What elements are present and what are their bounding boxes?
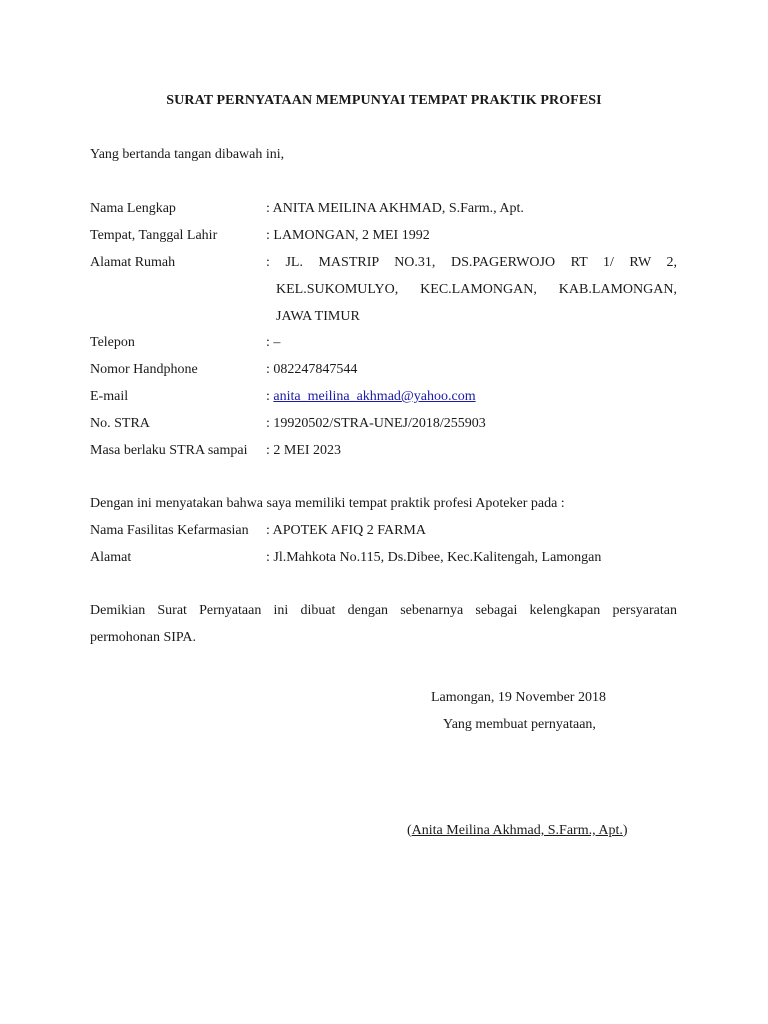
document-page: SURAT PERNYATAAN MEMPUNYAI TEMPAT PRAKTI…	[0, 0, 768, 1024]
field-label-handphone: Nomor Handphone	[90, 362, 198, 378]
field-value-ttl: : LAMONGAN, 2 MEI 1992	[266, 228, 430, 244]
signature-name: Anita Meilina Akhmad, S.Farm., Apt.	[412, 823, 623, 838]
intro-text: Yang bertanda tangan dibawah ini,	[90, 147, 284, 163]
closing-line-2: permohonan SIPA.	[90, 630, 196, 646]
field-label-stra: No. STRA	[90, 416, 150, 432]
facility-value-alamat: : Jl.Mahkota No.115, Ds.Dibee, Kec.Kalit…	[266, 550, 601, 566]
field-value-nama: : ANITA MEILINA AKHMAD, S.Farm., Apt.	[266, 201, 524, 217]
field-label-email: E-mail	[90, 389, 128, 405]
field-value-masa: : 2 MEI 2023	[266, 443, 341, 459]
email-link[interactable]: anita_meilina_akhmad@yahoo.com	[273, 389, 475, 404]
signature-name-block: (Anita Meilina Akhmad, S.Farm., Apt.)	[407, 823, 628, 839]
field-value-alamat-line2: KEL.SUKOMULYO, KEC.LAMONGAN, KAB.LAMONGA…	[276, 282, 677, 298]
field-value-alamat-line1: : JL. MASTRIP NO.31, DS.PAGERWOJO RT 1/ …	[266, 255, 677, 271]
field-label-nama: Nama Lengkap	[90, 201, 176, 217]
closing-line-1: Demikian Surat Pernyataan ini dibuat den…	[90, 603, 677, 619]
signature-role: Yang membuat pernyataan,	[443, 717, 596, 733]
field-value-email-wrap: : anita_meilina_akhmad@yahoo.com	[266, 389, 476, 405]
field-value-stra: : 19920502/STRA-UNEJ/2018/255903	[266, 416, 486, 432]
field-value-alamat-line3: JAWA TIMUR	[276, 309, 360, 325]
field-label-ttl: Tempat, Tanggal Lahir	[90, 228, 217, 244]
field-label-alamat: Alamat Rumah	[90, 255, 175, 271]
signature-place-date: Lamongan, 19 November 2018	[431, 690, 606, 706]
facility-label-alamat: Alamat	[90, 550, 131, 566]
statement-text: Dengan ini menyatakan bahwa saya memilik…	[90, 496, 565, 512]
field-value-handphone: : 082247847544	[266, 362, 357, 378]
field-label-telepon: Telepon	[90, 335, 135, 351]
facility-label-nama: Nama Fasilitas Kefarmasian	[90, 523, 249, 539]
field-label-masa: Masa berlaku STRA sampai	[90, 443, 247, 459]
signature-paren-close: )	[623, 823, 628, 838]
field-value-telepon: : –	[266, 335, 280, 351]
facility-value-nama: : APOTEK AFIQ 2 FARMA	[266, 523, 426, 539]
document-title: SURAT PERNYATAAN MEMPUNYAI TEMPAT PRAKTI…	[0, 93, 768, 109]
